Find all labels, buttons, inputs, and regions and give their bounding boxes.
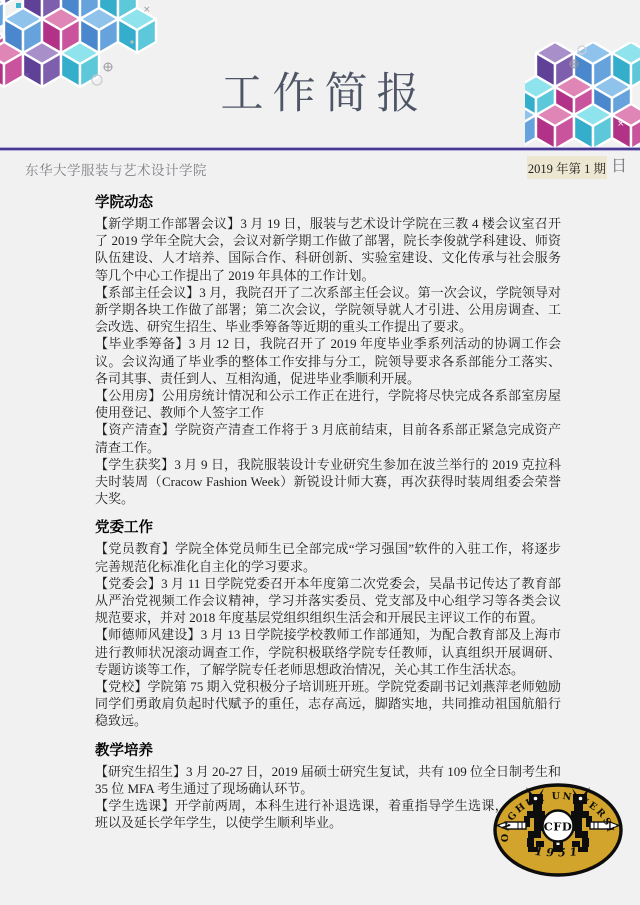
header-divider xyxy=(0,147,640,151)
organization-name: 东华大学服装与艺术设计学院 xyxy=(25,159,207,179)
section-heading-teaching: 教学培养 xyxy=(95,742,561,760)
para-student-award: 【学生获奖】3 月 9 日，我院服装设计专业研究生参加在波兰举行的 2019 克… xyxy=(95,456,561,508)
issue-badge: 2019 年第 1 期 xyxy=(527,156,607,179)
para-teacher-ethics: 【师德师风建设】3 月 13 日学院接学校教师工作部通知，为配合教育部及上海市进… xyxy=(95,626,561,678)
page-title: 工作简报 xyxy=(0,60,640,121)
bulletin-content: 学院动态 【新学期工作部署会议】3 月 19 日，服装与艺术设计学院在三教 4 … xyxy=(95,194,561,832)
para-party-member-education: 【党员教育】学院全体党员师生已全部完成“学习强国”软件的入驻工作，将逐步完善规范… xyxy=(95,540,561,574)
para-new-semester-meeting: 【新学期工作部署会议】3 月 19 日，服装与艺术设计学院在三教 4 楼会议室召… xyxy=(95,215,561,284)
para-public-housing: 【公用房】公用房统计情况和公示工作正在进行，学院将尽快完成各系部室房屋使用登记、… xyxy=(95,387,561,421)
para-party-committee-meeting: 【党委会】3 月 11 日学院党委召开本年度第二次党委会，吴晶书记传达了教育部从… xyxy=(95,575,561,627)
date-placeholder-glyph: 日 xyxy=(611,153,627,176)
svg-text:×: × xyxy=(143,5,151,15)
section-party-committee: 党委工作 【党员教育】学院全体党员师生已全部完成“学习强国”软件的入驻工作，将逐… xyxy=(95,519,561,729)
section-heading-party-committee: 党委工作 xyxy=(95,519,561,537)
bulletin-page: × « × 工作简报 东华大学服装与艺术设计学院 2019 年第 1 xyxy=(0,0,640,905)
section-heading-college-news: 学院动态 xyxy=(95,194,561,212)
para-department-head-meeting: 【系部主任会议】3 月，我院召开了二次系部主任会议。第一次会议，学院领导对新学期… xyxy=(95,284,561,336)
section-college-news: 学院动态 【新学期工作部署会议】3 月 19 日，服装与艺术设计学院在三教 4 … xyxy=(95,194,561,507)
para-asset-inventory: 【资产清查】学院资产清查工作将于 3 月底前结束，目前各系部正紧急完成资产清查工… xyxy=(95,421,561,455)
seal-cfd-text: CFD xyxy=(544,820,573,834)
university-seal: CFD DONGHUA UNIVERSITY 1951 xyxy=(491,781,625,879)
para-party-school: 【党校】学院第 75 期入党积极分子培训班开班。学院党委副书记刘燕萍老师勉励同学… xyxy=(95,678,561,730)
para-graduation-season-prep: 【毕业季筹备】3 月 12 日，我院召开了 2019 年度毕业季系列活动的协调工… xyxy=(95,335,561,387)
issue-label: 2019 年第 1 期 xyxy=(528,159,606,177)
